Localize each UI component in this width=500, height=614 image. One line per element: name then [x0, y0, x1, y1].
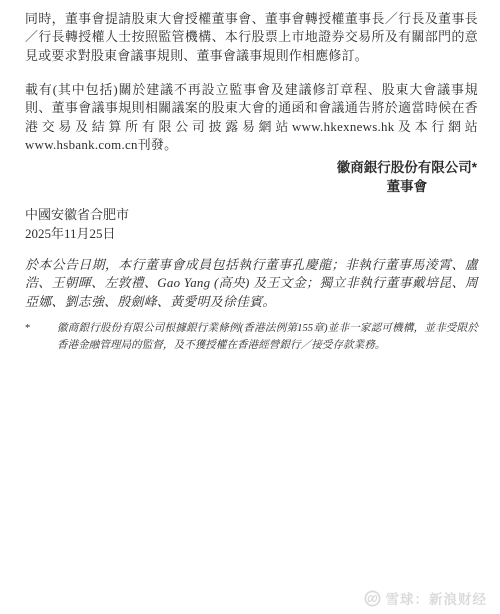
footnote-asterisk: *: [25, 321, 30, 338]
footnote-text: 徽商銀行股份有限公司根據銀行業條例(香港法例第155章)並非一家認可機構，並非受…: [57, 321, 478, 354]
watermark-text: 雪球：新浪财经: [386, 588, 488, 608]
paragraph-circular-notice: 載有(其中包括)關於建議不再設立監事會及建議修訂章程、股東大會議事規則、董事會議…: [25, 81, 478, 155]
xueqiu-snowball-logo-icon: [364, 590, 381, 607]
date-line: 2025年11月25日: [25, 225, 129, 244]
watermark: 雪球：新浪财经: [364, 588, 488, 608]
board-of-directors-label: 董事會: [337, 177, 477, 196]
announcement-document-page: 同時，董事會提請股東大會授權董事會、董事會轉授權董事長／行長及董事長／行長轉授權…: [0, 0, 500, 614]
paragraph-authorization: 同時，董事會提請股東大會授權董事會、董事會轉授權董事長／行長及董事長／行長轉授權…: [25, 10, 478, 65]
place-line: 中國安徽省合肥市: [25, 206, 129, 225]
company-name: 徽商銀行股份有限公司*: [337, 158, 477, 177]
place-date-block: 中國安徽省合肥市 2025年11月25日: [25, 206, 129, 243]
signature-block: 徽商銀行股份有限公司* 董事會: [337, 158, 477, 196]
directors-list-paragraph: 於本公告日期，本行董事會成員包括執行董事孔慶龍；非執行董事馬淩霄、盧浩、王朝暉、…: [25, 256, 478, 311]
footnote-block: * 徽商銀行股份有限公司根據銀行業條例(香港法例第155章)並非一家認可機構，並…: [25, 321, 478, 354]
